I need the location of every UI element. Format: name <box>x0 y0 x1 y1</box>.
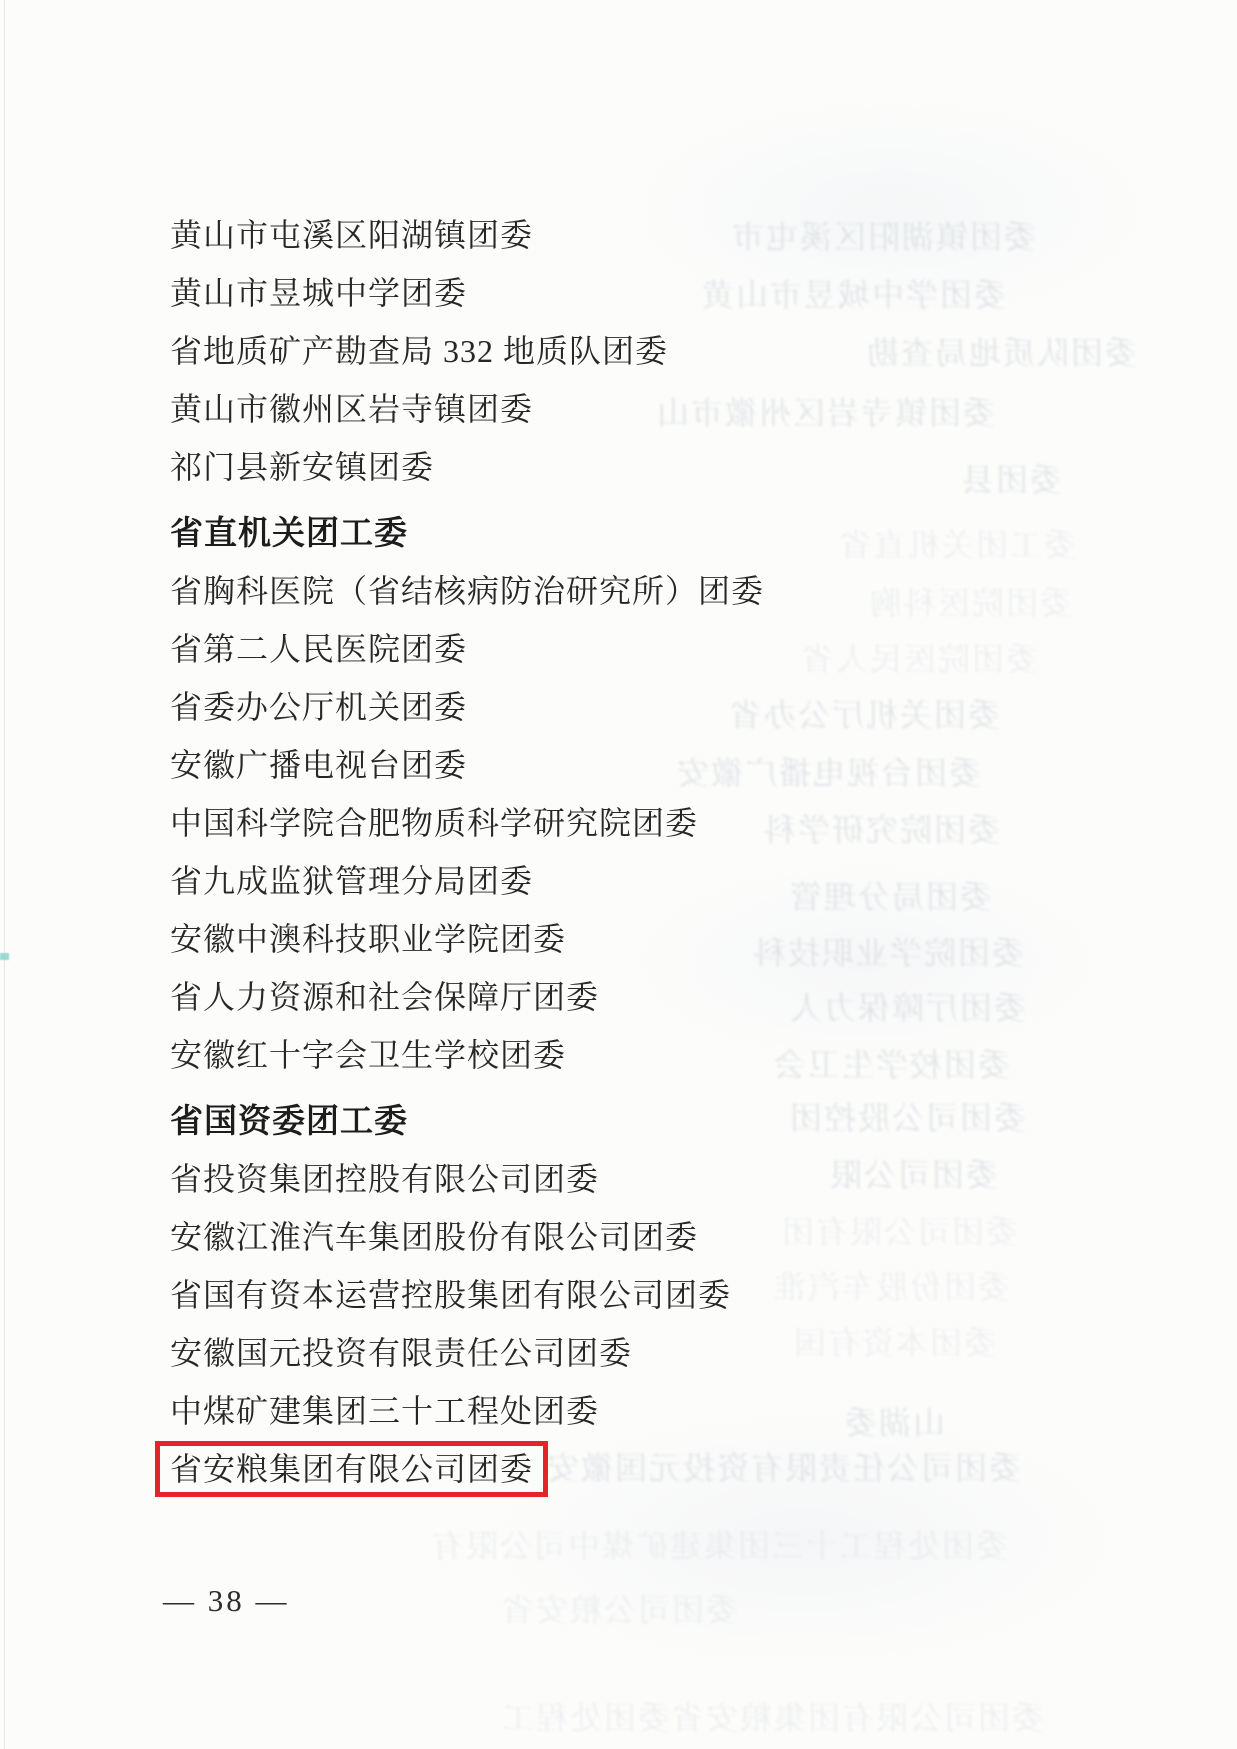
list-item: 黄山市昱城中学团委 <box>170 264 764 322</box>
list-item: 安徽国元投资有限责任公司团委 <box>170 1324 764 1382</box>
ghost-line: 委团镇湖阳区溪屯市 <box>730 212 1036 258</box>
ghost-line: 委团处程工十三团集建矿煤中司公限有 <box>430 1521 1008 1567</box>
ghost-line: 委团校学生卫会 <box>772 1040 1010 1086</box>
ghost-line: 委团份股车汽淮 <box>772 1262 1010 1308</box>
list-item: 省国有资本运营控股集团有限公司团委 <box>170 1266 764 1324</box>
ghost-line: 委团本资有国 <box>792 1318 996 1364</box>
list-item-highlighted: 省安粮集团有限公司团委 <box>170 1440 764 1498</box>
ghost-line: 委团司公限有团 <box>780 1207 1018 1253</box>
ghost-line: 山湖委 <box>843 1398 945 1444</box>
list-item: 安徽中澳科技职业学院团委 <box>170 910 764 968</box>
list-item: 祁门县新安镇团委 <box>170 438 764 496</box>
ghost-line: 委团司公限有团集粮安省委团处程工 <box>500 1693 1044 1739</box>
list-item: 省委办公厅机关团委 <box>170 678 764 736</box>
section-header: 省直机关团工委 <box>170 504 764 562</box>
list-item: 省九成监狱管理分局团委 <box>170 852 764 910</box>
ghost-line: 委团关机厅公办省 <box>728 690 1000 736</box>
highlight-box: 省安粮集团有限公司团委 <box>155 1441 548 1497</box>
list-item: 省胸科医院（省结核病防治研究所）团委 <box>170 562 764 620</box>
section-header: 省国资委团工委 <box>170 1092 764 1150</box>
list-item: 安徽广播电视台团委 <box>170 736 764 794</box>
highlighted-text: 省安粮集团有限公司团委 <box>170 1451 533 1487</box>
list-item: 安徽江淮汽车集团股份有限公司团委 <box>170 1208 764 1266</box>
page-number: — 38 — <box>163 1583 290 1619</box>
org-list: 黄山市屯溪区阳湖镇团委 黄山市昱城中学团委 省地质矿产勘查局 332 地质队团委… <box>170 206 764 1498</box>
list-item: 省投资集团控股有限公司团委 <box>170 1150 764 1208</box>
ghost-line: 委团司公限 <box>828 1150 998 1196</box>
ghost-line: 委团司公股控团 <box>788 1093 1026 1139</box>
ghost-line: 委团厅障保力人 <box>788 983 1026 1029</box>
list-item: 省地质矿产勘查局 332 地质队团委 <box>170 322 764 380</box>
ghost-line: 委团司公粮安省 <box>500 1585 738 1631</box>
ghost-line: 委团院医科胸 <box>868 578 1072 624</box>
list-item: 黄山市徽州区岩寺镇团委 <box>170 380 764 438</box>
ghost-line: 委团队质地局查勘 <box>865 328 1137 374</box>
ghost-line: 委团院究研学科 <box>762 805 1000 851</box>
document-page: 委团镇湖阳区溪屯市 委团学中城昱市山黄 委团队质地局查勘 委团镇寺岩区州徽市山 … <box>0 0 1237 1749</box>
list-item: 中煤矿建集团三十工程处团委 <box>170 1382 764 1440</box>
ghost-line: 委团县 <box>960 455 1062 501</box>
ghost-line: 委工团关机直省 <box>838 520 1076 566</box>
ghost-line: 委团院学业职技科 <box>752 928 1024 974</box>
ghost-line: 委团局分理管 <box>788 872 992 918</box>
list-item: 省人力资源和社会保障厅团委 <box>170 968 764 1026</box>
list-item: 安徽红十字会卫生学校团委 <box>170 1026 764 1084</box>
list-item: 省第二人民医院团委 <box>170 620 764 678</box>
scan-artifact <box>0 953 9 960</box>
ghost-line: 委团院医民人省 <box>800 634 1038 680</box>
list-item: 黄山市屯溪区阳湖镇团委 <box>170 206 764 264</box>
list-item: 中国科学院合肥物质科学研究院团委 <box>170 794 764 852</box>
